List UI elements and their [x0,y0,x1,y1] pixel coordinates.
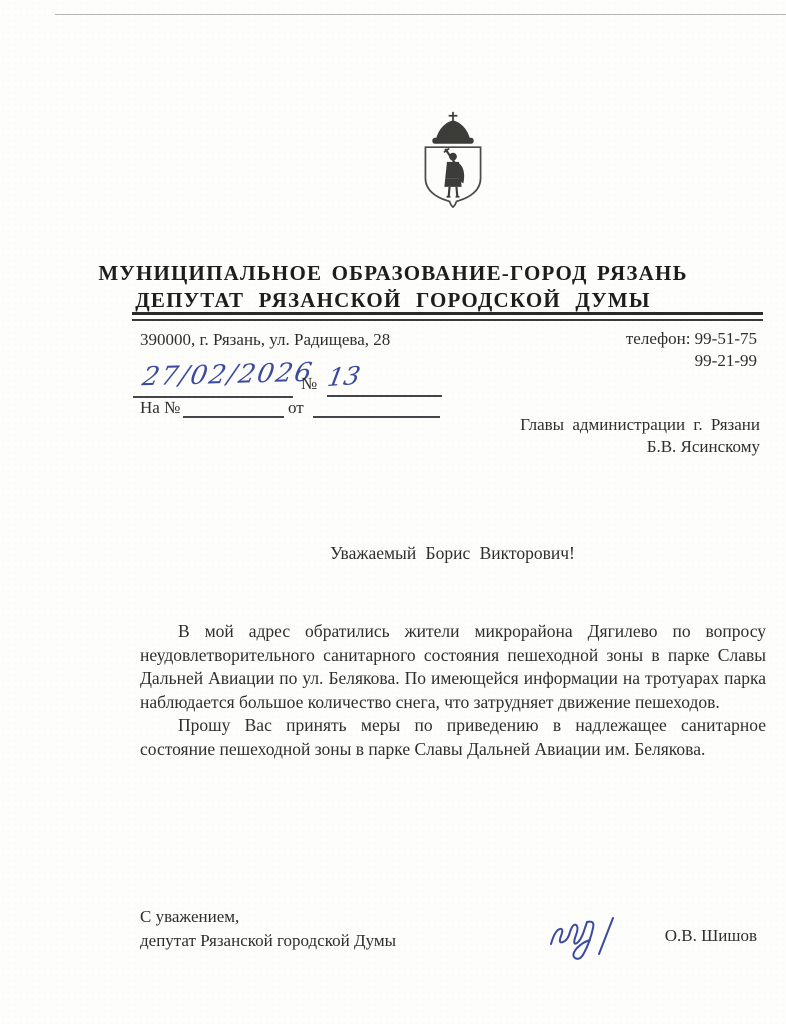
header-divider-thin [132,319,763,321]
handwritten-date: 27/02/2026 [140,358,316,392]
recipient-name: Б.В. Ясинскому [520,436,760,458]
handwritten-signature-icon [543,906,627,972]
scanned-letter-page: МУНИЦИПАЛЬНОЕ ОБРАЗОВАНИЕ-ГОРОД РЯЗАНЬ Д… [0,0,786,1024]
sender-address: 390000, г. Рязань, ул. Радищева, 28 [140,330,390,350]
organization-header: МУНИЦИПАЛЬНОЕ ОБРАЗОВАНИЕ-ГОРОД РЯЗАНЬ Д… [80,261,706,313]
letter-body: В мой адрес обратились жители микрорайон… [140,620,766,761]
reply-to-number-label: На № [140,398,180,418]
recipient-title: Главы администрации г. Рязани [520,414,760,436]
reply-date-underline [313,416,440,418]
closing-position: депутат Рязанской городской Думы [140,929,396,953]
organization-name: МУНИЦИПАЛЬНОЕ ОБРАЗОВАНИЕ-ГОРОД РЯЗАНЬ [80,261,706,286]
scan-artifact-line [55,14,786,15]
phone-line-1: телефон: 99-51-75 [626,328,757,350]
salutation: Уважаемый Борис Викторович! [140,543,765,564]
phone-line-2: 99-21-99 [626,350,757,372]
recipient-block: Главы администрации г. Рязани Б.В. Ясинс… [520,414,760,458]
body-paragraph-1: В мой адрес обратились жители микрорайон… [140,620,766,714]
organization-subtitle: ДЕПУТАТ РЯЗАНСКОЙ ГОРОДСКОЙ ДУМЫ [80,288,706,313]
closing-regards: С уважением, [140,905,396,929]
reply-from-date-label: от [288,398,304,418]
ryazan-coat-of-arms-icon [420,111,486,223]
body-paragraph-2: Прошу Вас принять меры по приведению в н… [140,714,766,761]
number-underline [327,395,442,397]
reply-number-underline [183,416,284,418]
closing-block: С уважением, депутат Рязанской городской… [140,905,396,953]
number-sign-label: № [301,374,317,394]
handwritten-outgoing-number: 13 [325,361,362,392]
phone-block: телефон: 99-51-75 99-21-99 [626,328,757,372]
header-divider-thick [132,312,763,315]
signer-name: О.В. Шишов [665,926,757,946]
